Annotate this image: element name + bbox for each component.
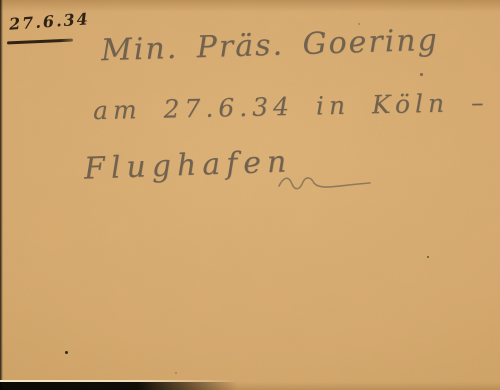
caption-line-3: Flughafen [83, 144, 292, 186]
bottom-left-scan-backing [0, 382, 250, 390]
corner-date-underline [7, 39, 73, 45]
paper-speck [65, 351, 68, 354]
left-edge-shadow [0, 0, 3, 390]
paper-speck [175, 372, 177, 374]
bottom-edge-highlight [0, 380, 250, 382]
scanned-album-page: 27.6.34 Min. Präs. Goering am 27.6.34 in… [0, 0, 500, 390]
corner-date: 27.6.34 [8, 9, 90, 34]
paper-speck [420, 73, 423, 76]
caption-line-2: am 27.6.34 in Köln – [93, 88, 489, 125]
paper-speck [427, 256, 429, 258]
caption-line-1: Min. Präs. Goering [101, 23, 440, 69]
paper-sheet: 27.6.34 Min. Präs. Goering am 27.6.34 in… [0, 0, 500, 390]
bottom-edge-shadow [0, 382, 500, 390]
